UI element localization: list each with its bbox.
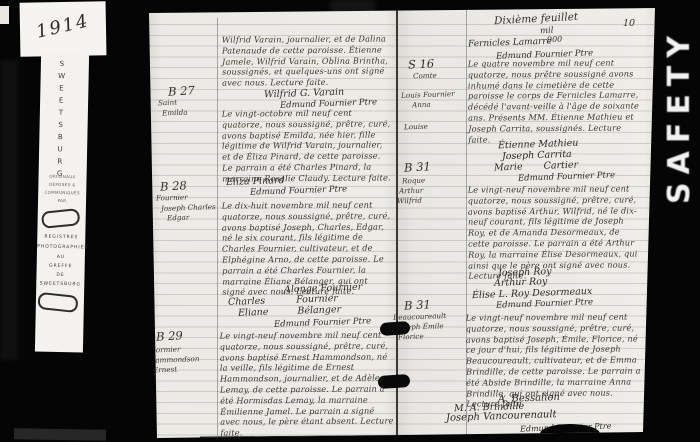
margin-name: Edgar [167, 213, 189, 223]
microfilm-frame: 1914 SWEETSBURG ORIGINAUX DÉPOSÉS & COMM… [0, 0, 700, 442]
film-noise-patch [0, 60, 18, 360]
spine-micro-line: DÉPOSÉS & [38, 182, 86, 188]
year-label: 1914 [34, 10, 91, 43]
margin-name: Roque [402, 176, 426, 186]
entry-b27-body: Le vingt-octobre mil neuf cent quatorze,… [222, 107, 393, 184]
film-edge-band [14, 428, 106, 441]
margin-name: Anna [412, 100, 431, 110]
margin-name: Emilda [162, 108, 188, 118]
margin-name: Ernest [153, 365, 177, 375]
spine-micro-line: PAR [38, 197, 86, 203]
entry-b31a-body: Le vingt-neuf novembre mil neuf cent qua… [468, 183, 645, 281]
entry-continuation-body: Wilfrid Varain, journalier, et de Dalina… [222, 33, 392, 88]
spine-micro-line: COMMUNIQUÉS [38, 190, 86, 196]
margin-name: Saint [158, 98, 177, 108]
spine-stamp-line: PHOTOGRAPHIÉS [37, 244, 85, 250]
spine-town-label: SWEETSBURG [55, 60, 66, 182]
spine-stamp-line: SWEETSBURG [36, 281, 84, 287]
paperclip-icon [37, 292, 79, 313]
margin-code-s16: S 16 [408, 56, 435, 71]
entry-b29-body: Le vingt-neuf novembre mil neuf cent qua… [220, 329, 396, 438]
safety-film-label: SAFETY [662, 16, 700, 216]
spine-stamp-line: DE [36, 272, 84, 278]
binder-fastener [378, 374, 411, 389]
margin-name: Hammondson [149, 354, 200, 365]
spine-strip: SWEETSBURG ORIGINAUX DÉPOSÉS & COMMUNIQU… [35, 54, 89, 353]
binding-crease [396, 4, 398, 436]
margin-name: Louise [404, 122, 428, 132]
margin-name: Wilfrid [397, 196, 422, 206]
year-tag: 1914 [20, 1, 107, 56]
binder-fastener [380, 321, 411, 336]
margin-name: Comte [413, 71, 437, 81]
spine-stamp-line: REGISTRES [37, 234, 85, 240]
register-page: Dixième feuillet mil 900 10 Wilfrid Vara… [146, 0, 664, 442]
margin-name: Joseph Charles [161, 202, 216, 213]
margin-name: Arthur [399, 186, 424, 196]
spine-stamp-line: AU [37, 254, 85, 260]
spine-micro-line: ORIGINAUX [39, 174, 87, 180]
margin-code-b28: B 28 [160, 178, 187, 193]
film-edge-mark [0, 6, 9, 24]
bottom-obstruction [540, 424, 600, 442]
margin-name: Lormier [151, 344, 181, 354]
spine-stamp-line: GREFFE [37, 263, 85, 269]
entry-s16-body: Le quatre novembre mil neuf cent quatorz… [468, 57, 643, 145]
paperclip-icon [41, 208, 81, 229]
margin-name: Fournier [156, 192, 188, 202]
margin-name: Beaucoureault [393, 311, 447, 322]
margin-code-b27: B 27 [168, 83, 195, 98]
margin-code-b31b: B 31 [404, 297, 431, 312]
margin-code-b31a: B 31 [404, 159, 431, 174]
margin-code-b29: B 29 [156, 328, 183, 343]
folio-number: 10 [623, 18, 635, 29]
left-margin-rule [217, 18, 218, 436]
margin-name: Louis Fournier [401, 89, 455, 100]
